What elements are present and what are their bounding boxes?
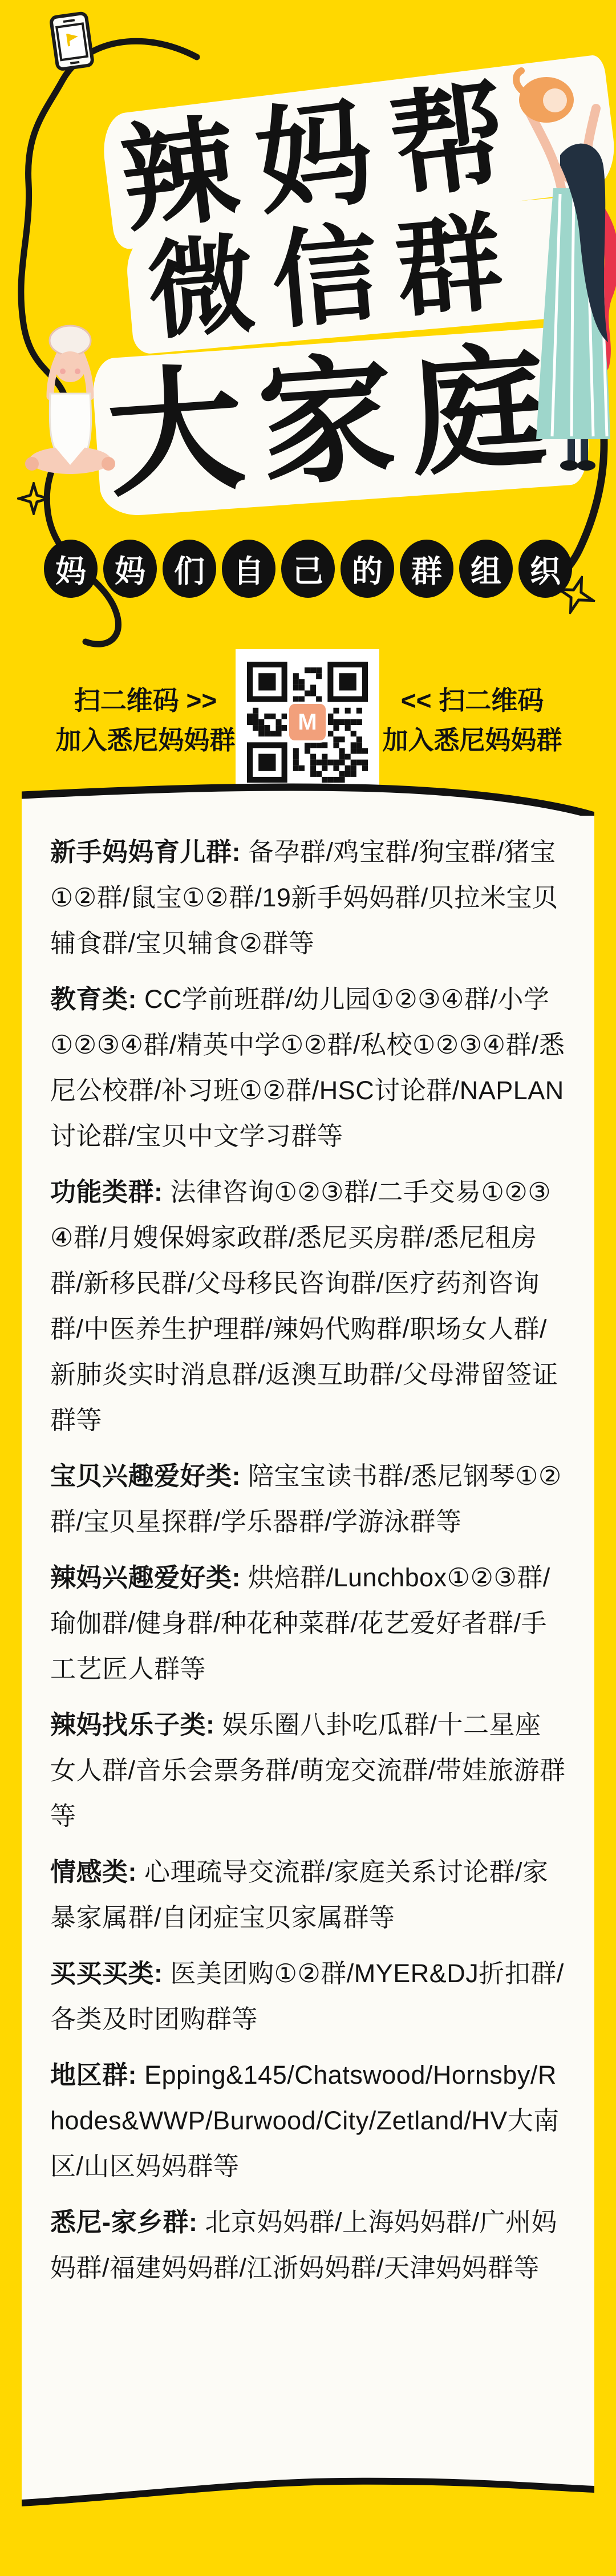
phone-doodle-icon <box>46 9 100 74</box>
group-paragraph: 宝贝兴趣爱好类: 陪宝宝读书群/悉尼钢琴①②群/宝贝星探群/学乐器群/学游泳群等 <box>50 1453 566 1545</box>
banner-char: 妈 <box>44 540 98 598</box>
group-paragraph: 地区群: Epping&145/Chatswood/Hornsby/Rhodes… <box>50 2052 566 2189</box>
banner-char: 织 <box>518 540 572 598</box>
qr-left-caption-line1: 扫二维码 >> <box>54 682 237 719</box>
qr-center-logo: M <box>287 702 328 743</box>
banner-char: 己 <box>281 540 335 598</box>
sparkle-icon <box>17 482 50 515</box>
banner-char: 组 <box>459 540 513 598</box>
group-paragraph: 悉尼-家乡群: 北京妈妈群/上海妈妈群/广州妈妈群/福建妈妈群/江浙妈妈群/天津… <box>50 2200 566 2291</box>
card-bottom-edge <box>22 2471 594 2511</box>
group-paragraph: 辣妈找乐子类: 娱乐圈八卦吃瓜群/十二星座女人群/音乐会票务群/萌宠交流群/带娃… <box>50 1702 566 1839</box>
banner-row: 妈妈们自己的群组织 <box>0 540 616 598</box>
banner-char: 妈 <box>103 540 157 598</box>
mom-and-baby-illustration <box>462 46 616 479</box>
qr-right-caption-line1: << 扫二维码 <box>381 682 564 719</box>
qr-left-caption: 扫二维码 >> 加入悉尼妈妈群 <box>54 682 237 759</box>
banner-char: 自 <box>222 540 275 598</box>
qr-right-caption: << 扫二维码 加入悉尼妈妈群 <box>381 682 564 759</box>
promo-poster: 辣妈帮 微信群 大家庭 <box>0 0 616 2576</box>
group-paragraph: 功能类群: 法律咨询①②③群/二手交易①②③④群/月嫂保姆家政群/悉尼买房群/悉… <box>50 1169 566 1443</box>
group-list: 新手妈妈育儿群: 备孕群/鸡宝群/狗宝群/猪宝①②群/鼠宝①②群/19新手妈妈群… <box>22 786 594 2301</box>
qr-code: M <box>236 649 379 795</box>
banner-char: 的 <box>341 540 394 598</box>
yoga-girl-illustration <box>10 311 130 482</box>
group-paragraph: 辣妈兴趣爱好类: 烘焙群/Lunchbox①②③群/瑜伽群/健身群/种花种菜群/… <box>50 1555 566 1692</box>
banner-char: 们 <box>163 540 216 598</box>
banner-char: 群 <box>400 540 453 598</box>
group-paragraph: 情感类: 心理疏导交流群/家庭关系讨论群/家暴家属群/自闭症宝贝家属群等 <box>50 1849 566 1941</box>
group-paragraph: 教育类: CC学前班群/幼儿园①②③④群/小学①②③④群/精英中学①②群/私校①… <box>50 977 566 1159</box>
qr-right-caption-line2: 加入悉尼妈妈群 <box>381 722 564 759</box>
group-paragraph: 买买买类: 医美团购①②群/MYER&DJ折扣群/各类及时团购群等 <box>50 1951 566 2042</box>
group-paragraph: 新手妈妈育儿群: 备孕群/鸡宝群/狗宝群/猪宝①②群/鼠宝①②群/19新手妈妈群… <box>50 829 566 966</box>
qr-left-caption-line2: 加入悉尼妈妈群 <box>54 722 237 759</box>
